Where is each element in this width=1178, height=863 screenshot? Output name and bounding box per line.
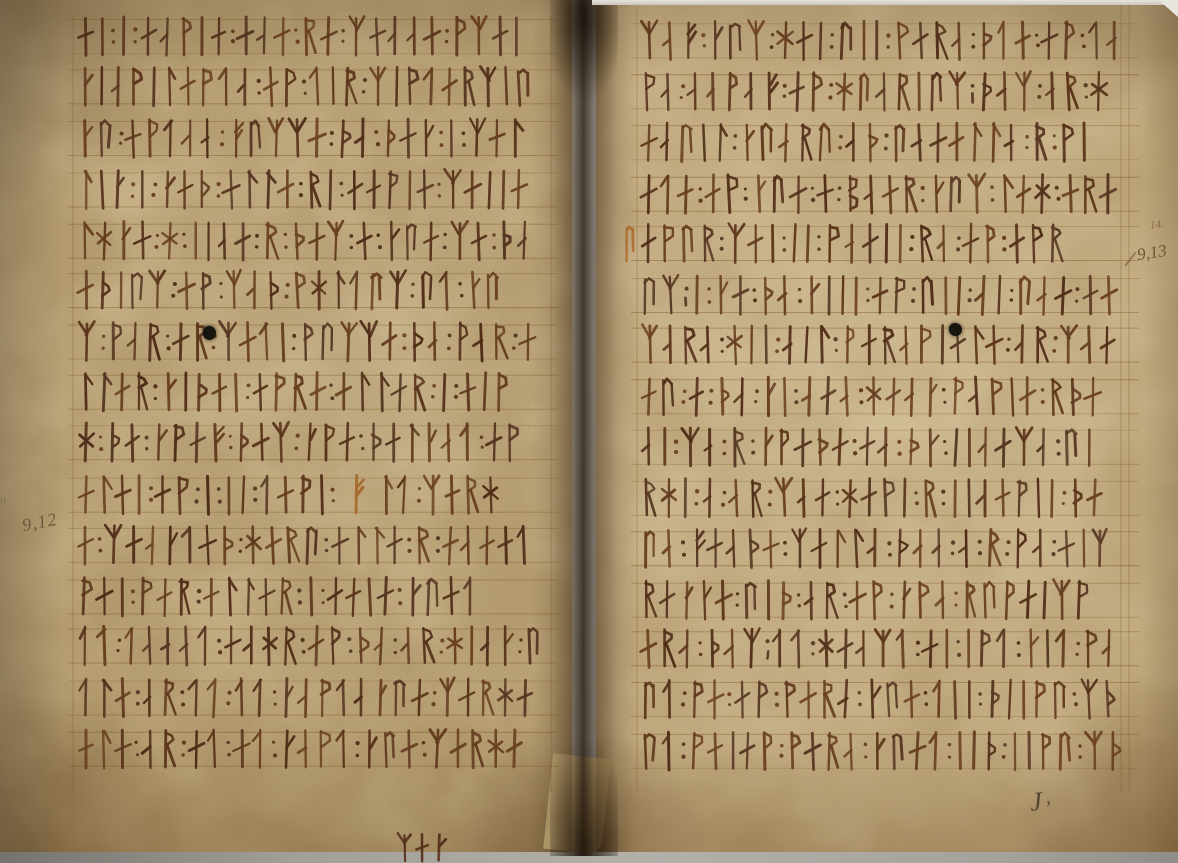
manuscript-photo: 40 9,12 14. 9,13 5 J, bbox=[0, 0, 1178, 863]
photo-edge-top bbox=[592, 0, 1178, 5]
page-right bbox=[596, 5, 1178, 852]
page-left bbox=[0, 0, 572, 852]
photo-edge-bottom bbox=[0, 852, 1178, 863]
under-leaf-edge bbox=[543, 753, 611, 855]
